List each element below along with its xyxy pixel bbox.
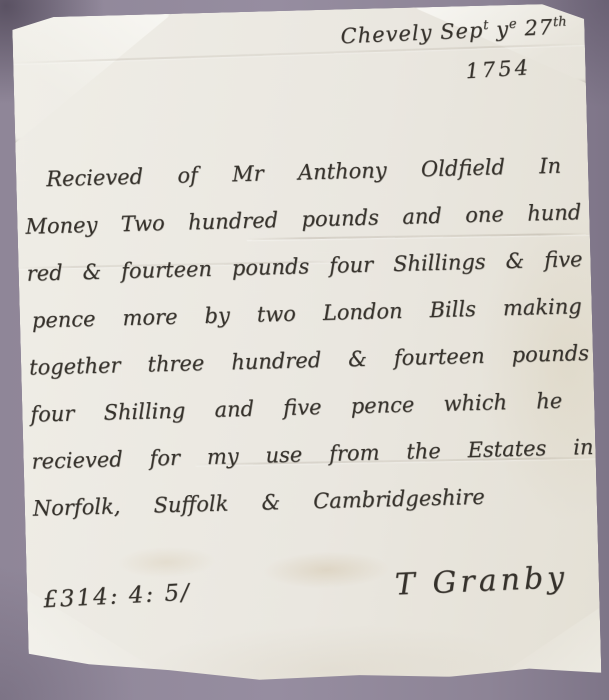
day-superscript: th (553, 15, 567, 31)
ye-superscript: e (509, 17, 517, 32)
body-line-4: pence more by two London Bills making (32, 295, 582, 332)
signature: T Granby (394, 560, 569, 603)
amount-total: £314: 4: 5/ (43, 580, 192, 614)
day-number: 27 (524, 15, 554, 40)
month-abbr: Sep (440, 18, 484, 44)
paper-crease (247, 233, 590, 240)
body-line-3: red & fourteen pounds four Shillings & f… (26, 248, 582, 286)
corner-fold-bottom-right (490, 608, 602, 681)
place-name: Chevely (340, 20, 433, 48)
body-line-7: recieved for my use from the Estates in (31, 436, 593, 474)
corner-fold-top-left (12, 14, 175, 143)
body-line-1: Recieved of Mr Anthony Oldfield In (46, 155, 561, 192)
ye-article: y (496, 17, 510, 42)
body-line-5: together three hundred & fourteen pounds (29, 342, 589, 380)
month-superscript: t (483, 18, 489, 33)
year-line: 1754 (465, 55, 532, 83)
album-page-background: Chevely Sept ye 27th 1754 Recieved of Mr… (0, 0, 609, 700)
place-date-line: Chevely Sept ye 27th (340, 15, 567, 49)
body-line-8: Norfolk, Suffolk & Cambridgeshire (33, 486, 485, 521)
body-line-6: four Shilling and five pence which he (30, 390, 562, 427)
body-line-2: Money Two hundred pounds and one hund (25, 201, 581, 239)
receipt-document: Chevely Sept ye 27th 1754 Recieved of Mr… (12, 3, 601, 693)
